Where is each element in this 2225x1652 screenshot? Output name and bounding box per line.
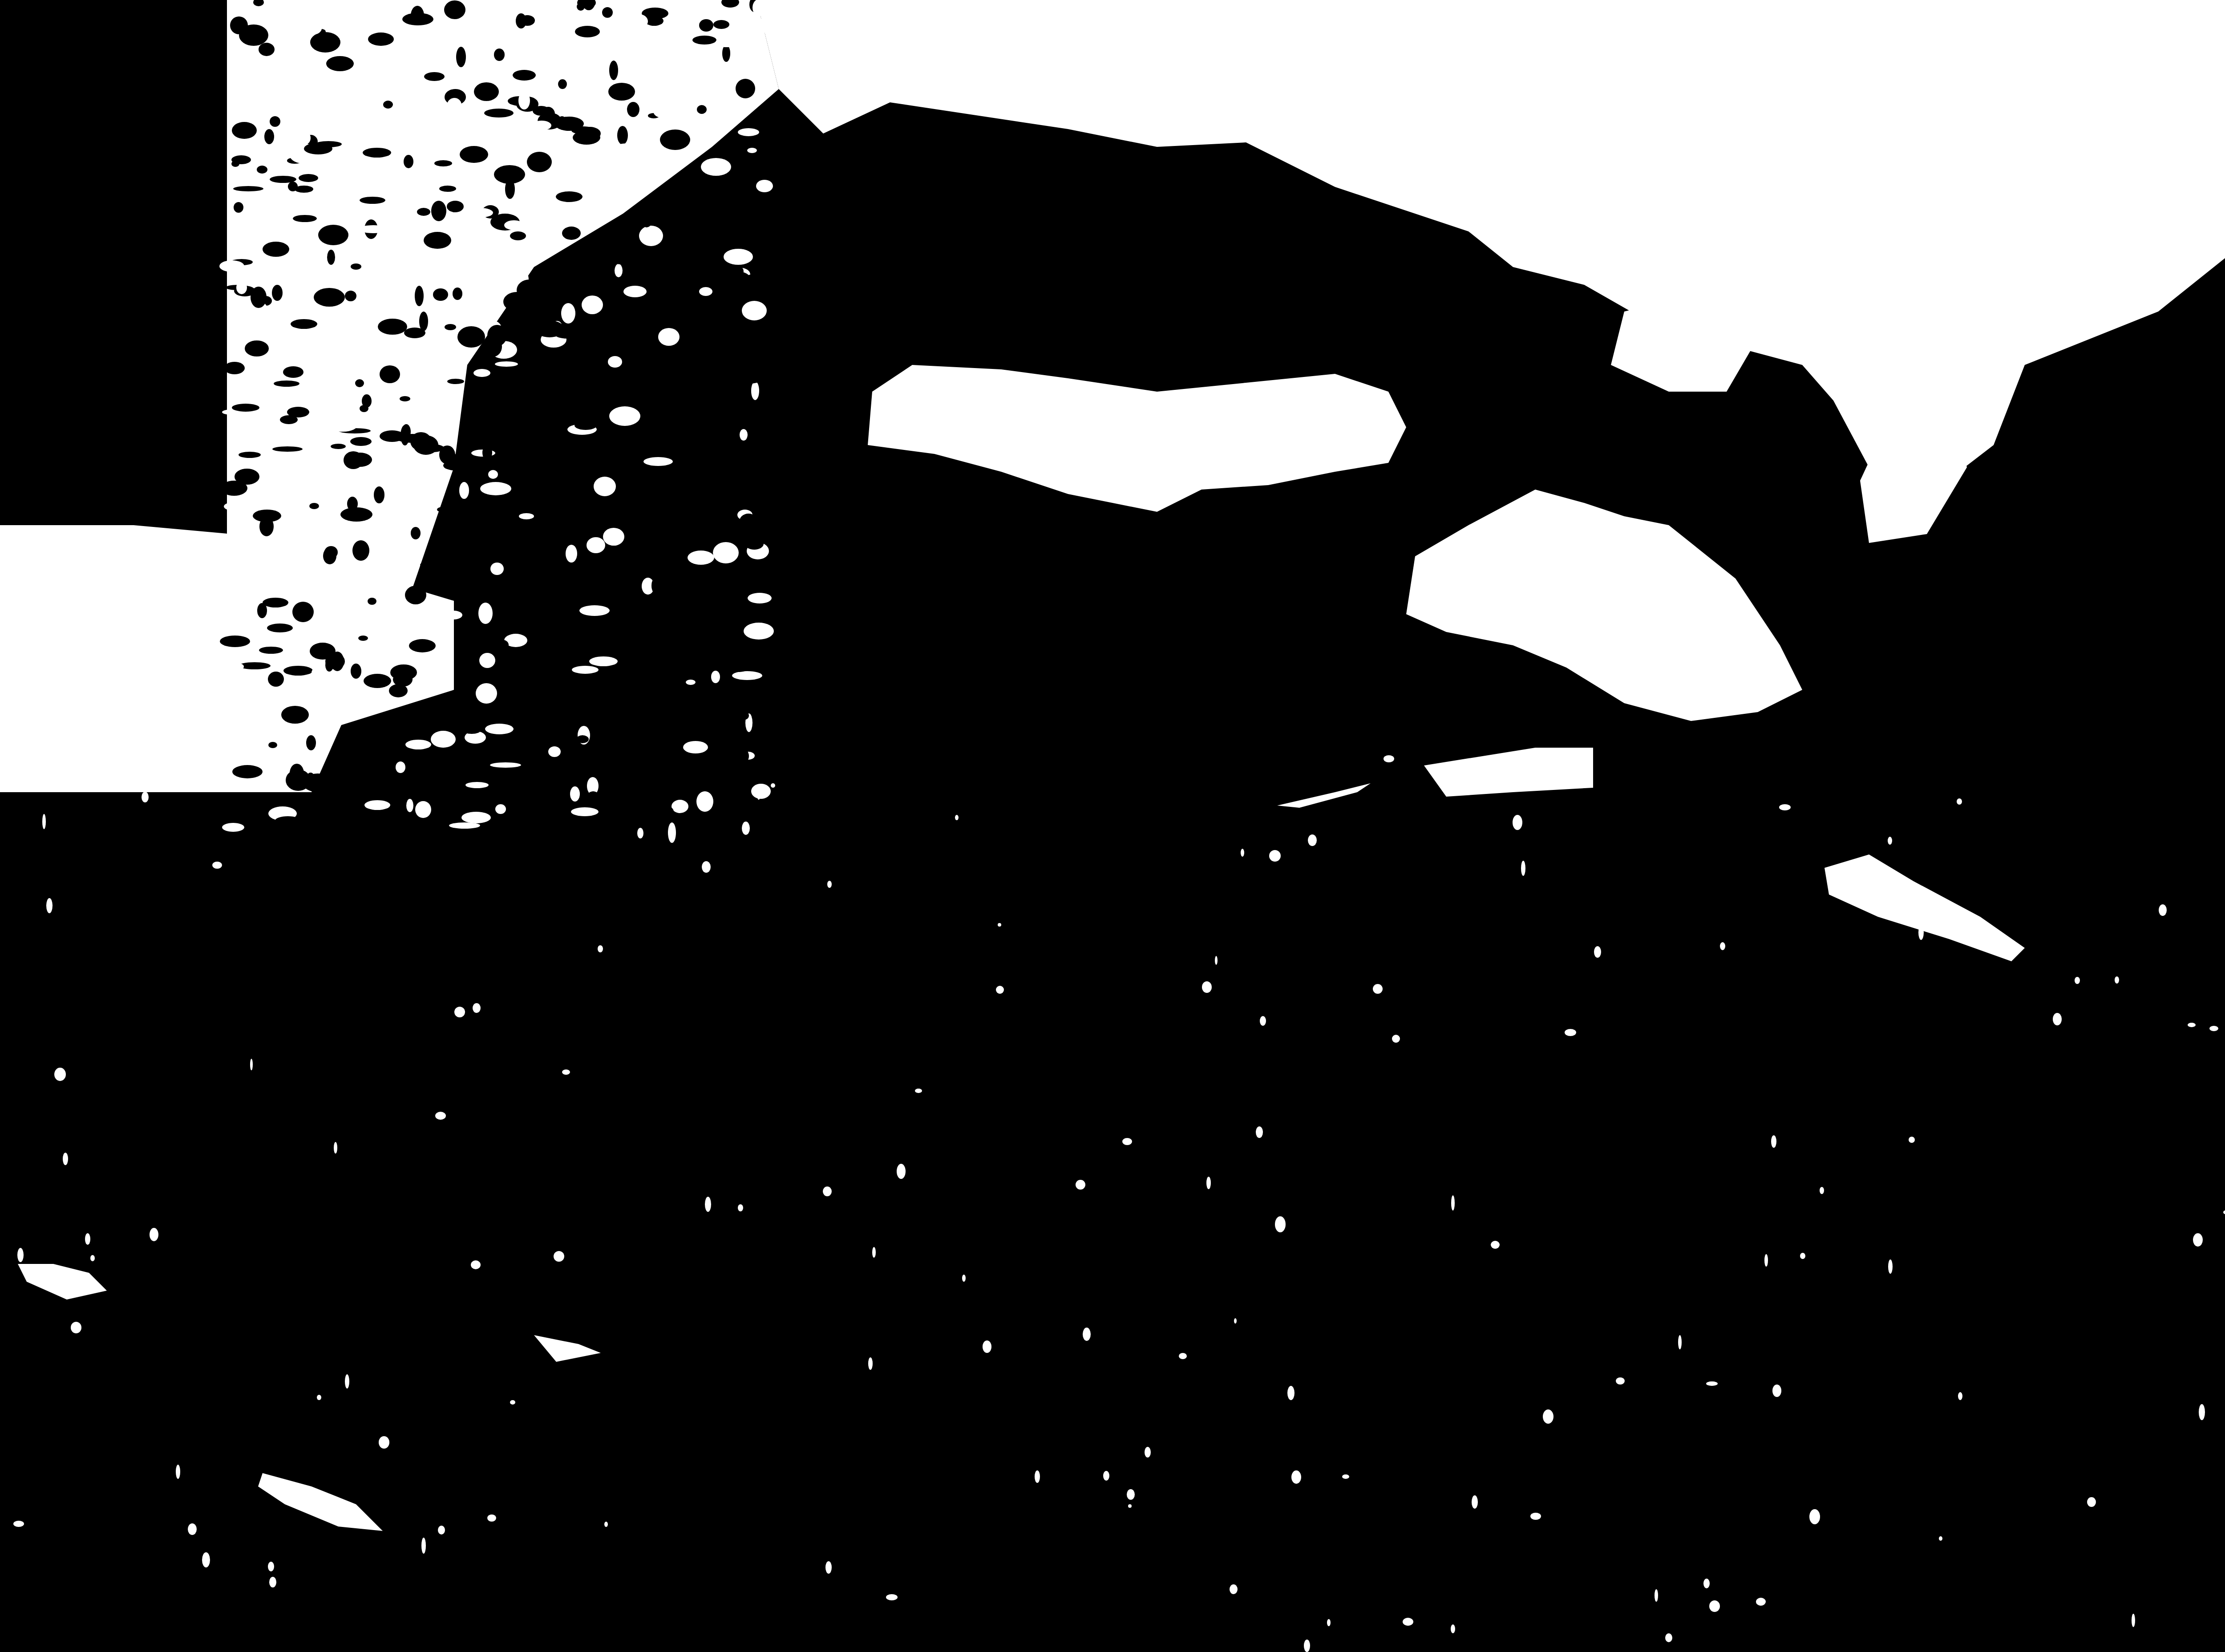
speckle — [465, 615, 480, 635]
speckle — [447, 557, 478, 577]
speckle — [653, 105, 669, 117]
speckle — [232, 765, 263, 778]
speckle — [2053, 1013, 2062, 1025]
speckle — [1269, 850, 1281, 862]
speckle — [325, 805, 339, 825]
speckle — [561, 303, 575, 324]
speckle — [335, 596, 348, 602]
speckle — [473, 369, 490, 377]
speckle — [345, 1374, 349, 1389]
speckle — [872, 1247, 876, 1258]
speckle — [705, 1197, 711, 1212]
speckle — [368, 598, 376, 605]
speckle — [1275, 1216, 1286, 1232]
speckle — [306, 773, 315, 786]
speckle — [447, 379, 464, 384]
speckle — [326, 56, 354, 71]
speckle — [411, 527, 421, 539]
speckle — [1451, 1624, 1455, 1633]
speckle — [514, 430, 540, 441]
speckle — [737, 586, 749, 598]
speckle — [608, 83, 635, 101]
speckle — [713, 20, 729, 29]
speckle — [85, 1233, 90, 1245]
speckle — [363, 148, 391, 158]
speckle — [738, 1204, 743, 1211]
speckle — [405, 740, 431, 749]
speckle — [607, 560, 615, 579]
speckle — [424, 232, 451, 249]
speckle — [1291, 1470, 1301, 1484]
speckle — [1128, 1504, 1132, 1508]
speckle — [488, 240, 497, 256]
speckle — [660, 130, 690, 150]
speckle — [327, 250, 335, 265]
speckle — [250, 1059, 253, 1070]
speckle — [306, 735, 316, 750]
speckle — [274, 381, 299, 387]
speckle — [487, 1514, 496, 1522]
speckle — [610, 603, 632, 609]
speckle — [283, 366, 303, 378]
speckle — [431, 731, 456, 748]
speckle — [1809, 1509, 1820, 1524]
speckle — [1145, 1447, 1151, 1458]
speckle — [350, 437, 372, 446]
speckle — [374, 486, 384, 503]
speckle — [713, 542, 739, 563]
speckle — [341, 475, 364, 482]
speckle — [649, 595, 673, 604]
speckle — [746, 238, 756, 246]
speckle — [420, 770, 446, 790]
speckle — [383, 101, 393, 109]
speckle — [220, 636, 250, 647]
speckle — [448, 589, 473, 596]
speckle — [299, 174, 318, 182]
speckle — [592, 454, 619, 475]
speckle — [238, 574, 270, 583]
speckle — [494, 49, 505, 61]
speckle — [281, 706, 309, 724]
speckle — [1957, 798, 1962, 805]
speckle — [390, 664, 417, 680]
speckle — [606, 367, 619, 372]
speckle — [231, 663, 244, 670]
speckle — [676, 421, 702, 433]
speckle — [488, 470, 498, 479]
speckle — [591, 314, 602, 324]
speckle — [469, 127, 488, 138]
speckle — [245, 340, 269, 356]
speckle — [376, 517, 396, 530]
speckle — [609, 406, 640, 426]
speckle — [1521, 861, 1525, 876]
speckle — [438, 1526, 445, 1535]
speckle — [1122, 1138, 1132, 1145]
speckle — [232, 122, 257, 139]
speckle — [1678, 1335, 1682, 1349]
speckle — [456, 309, 476, 329]
speckle — [693, 670, 707, 678]
speckle — [547, 786, 557, 805]
speckle — [445, 761, 456, 775]
speckle — [264, 129, 274, 144]
speckle — [415, 801, 431, 818]
speckle — [539, 362, 549, 384]
speckle — [1513, 815, 1522, 830]
speckle — [656, 516, 676, 522]
speckle — [465, 456, 472, 474]
speckle — [1594, 946, 1601, 958]
speckle — [983, 1340, 991, 1353]
speckle — [564, 525, 591, 531]
speckle — [368, 32, 394, 46]
speckle — [490, 120, 516, 128]
speckle — [685, 478, 699, 486]
speckle — [263, 242, 289, 257]
speckle — [364, 800, 390, 810]
speckle — [252, 210, 271, 224]
speckle — [1530, 1513, 1541, 1520]
speckle — [681, 16, 689, 36]
speckle — [17, 1248, 24, 1262]
speckle — [259, 517, 274, 536]
speckle — [457, 703, 475, 715]
speckle — [355, 379, 364, 387]
speckle — [504, 220, 524, 230]
speckle — [227, 421, 241, 431]
speckle — [317, 1395, 321, 1400]
speckle — [360, 197, 385, 204]
speckle — [737, 67, 765, 73]
speckle — [46, 898, 53, 913]
speckle — [1035, 1470, 1040, 1483]
speckle — [651, 577, 661, 594]
speckle — [734, 634, 744, 645]
speckle — [962, 1275, 966, 1282]
speckle — [1308, 834, 1317, 846]
speckle — [334, 324, 358, 341]
speckle — [535, 320, 564, 337]
speckle — [550, 553, 560, 563]
speckle — [2132, 1614, 2135, 1627]
speckle — [511, 828, 534, 846]
speckle — [224, 362, 245, 374]
speckle — [319, 598, 328, 617]
speckle — [1179, 1353, 1187, 1359]
speckle — [404, 155, 413, 168]
speckle — [825, 1561, 832, 1574]
speckle — [1304, 1640, 1310, 1652]
speckle — [463, 727, 481, 734]
speckle — [518, 92, 530, 109]
speckle — [212, 862, 222, 869]
speckle — [259, 43, 275, 56]
speckle — [604, 1522, 608, 1527]
speckle — [566, 545, 577, 563]
speckle — [549, 434, 576, 448]
speckle — [269, 1577, 276, 1587]
speckle — [634, 239, 641, 249]
speckle — [679, 580, 691, 595]
speckle — [514, 779, 540, 800]
speckle — [552, 773, 563, 788]
speckle — [449, 822, 480, 829]
speckle — [461, 812, 491, 823]
speckle — [268, 1562, 274, 1571]
speckle — [745, 538, 764, 550]
speckle — [631, 554, 651, 567]
speckle — [645, 804, 674, 818]
speckle — [724, 249, 753, 265]
speckle — [257, 166, 267, 174]
speckle — [345, 291, 356, 301]
speckle — [471, 1260, 481, 1269]
speckle — [688, 405, 709, 412]
speckle — [224, 502, 246, 511]
speckle — [293, 215, 317, 222]
speckle — [1491, 1241, 1500, 1249]
speckle — [444, 0, 465, 19]
speckle — [1909, 1137, 1915, 1143]
speckle — [646, 485, 674, 504]
speckle — [751, 784, 771, 799]
speckle — [360, 405, 368, 412]
speckle — [998, 923, 1001, 927]
speckle — [325, 653, 345, 669]
speckle — [457, 326, 485, 348]
speckle — [379, 1436, 389, 1449]
speckle — [747, 148, 757, 153]
speckle — [378, 319, 407, 335]
speckle — [699, 19, 713, 32]
speckle — [609, 61, 618, 80]
speckle — [516, 13, 526, 28]
speckle — [447, 98, 461, 111]
speckle — [1403, 1618, 1413, 1626]
speckle — [310, 32, 340, 53]
speckle — [757, 787, 761, 800]
speckle — [295, 243, 318, 259]
speckle — [263, 598, 288, 607]
speckle — [672, 800, 688, 813]
speckle — [495, 804, 506, 814]
speckle — [1260, 1016, 1266, 1026]
speckle — [534, 21, 554, 40]
speckle — [739, 514, 758, 530]
speckle — [744, 350, 771, 359]
speckle — [352, 540, 369, 561]
speckle — [465, 782, 489, 788]
speckle — [385, 842, 392, 847]
speckle — [643, 457, 673, 466]
speckle — [487, 325, 507, 346]
speckle — [313, 829, 331, 838]
speckle — [1076, 1180, 1085, 1190]
speckle — [233, 186, 263, 191]
speckle — [478, 603, 493, 624]
speckle — [712, 335, 739, 348]
speckle — [13, 1521, 24, 1527]
speckle — [608, 356, 622, 368]
speckle — [578, 245, 605, 255]
speckle — [692, 36, 716, 45]
speckle — [518, 241, 545, 259]
speckle — [470, 188, 483, 201]
speckle — [747, 275, 755, 281]
speckle — [642, 216, 651, 227]
speckle — [650, 689, 677, 707]
speckle — [424, 72, 445, 81]
speckle — [392, 268, 422, 281]
speckle — [550, 355, 569, 375]
speckle — [709, 515, 736, 532]
speckle — [751, 381, 759, 400]
speckle — [421, 1538, 426, 1554]
speckle — [730, 400, 756, 412]
speckle — [886, 1594, 898, 1600]
speckle — [2199, 1404, 2205, 1420]
speckle — [650, 619, 668, 632]
speckle — [142, 792, 149, 802]
speckle — [495, 361, 518, 367]
speckle — [234, 202, 243, 213]
speckle — [299, 484, 320, 498]
speckle — [292, 602, 314, 622]
speckle — [996, 986, 1004, 994]
speckle — [347, 497, 358, 511]
speckle — [324, 546, 338, 559]
speckle — [409, 639, 436, 652]
speckle — [429, 681, 438, 690]
speckle — [630, 263, 655, 282]
thresholded-image — [0, 0, 2225, 1652]
speckle — [668, 822, 676, 843]
speckle — [524, 627, 554, 644]
speckle — [747, 433, 763, 442]
speckle — [1342, 1474, 1349, 1479]
speckle — [365, 791, 377, 798]
speckle — [472, 60, 502, 80]
speckle — [771, 783, 775, 788]
speckle — [570, 786, 580, 802]
speckle — [693, 338, 703, 355]
speckle — [1709, 1600, 1720, 1612]
speckle — [513, 70, 536, 81]
speckle — [1230, 1584, 1238, 1594]
speckle — [571, 807, 599, 816]
speckle — [473, 1003, 481, 1013]
speckle — [364, 674, 391, 688]
speckle — [484, 744, 504, 752]
speckle — [1206, 1177, 1211, 1189]
speckle — [334, 1142, 337, 1154]
speckle — [445, 611, 462, 619]
speckle — [176, 1465, 180, 1479]
speckle — [401, 85, 425, 93]
speckle — [417, 208, 430, 216]
speckle — [283, 666, 313, 676]
speckle — [592, 697, 623, 706]
speckle — [441, 692, 465, 705]
speckle — [665, 757, 676, 769]
speckle — [433, 227, 455, 232]
speckle — [684, 235, 694, 255]
speckle — [344, 451, 363, 469]
speckle — [270, 116, 280, 127]
speckle — [266, 60, 294, 66]
speckle — [631, 14, 648, 28]
speckle — [2209, 1026, 2218, 1031]
speckle — [466, 208, 493, 218]
speckle — [288, 182, 298, 191]
speckle — [90, 1255, 95, 1261]
speckle — [697, 105, 707, 114]
speckle — [268, 742, 277, 748]
speckle — [485, 367, 514, 384]
speckle — [406, 799, 413, 812]
speckle — [490, 563, 504, 575]
speckle — [1706, 1381, 1718, 1386]
speckle — [1202, 981, 1212, 993]
speckle — [572, 666, 599, 674]
speckle — [667, 653, 675, 663]
speckle — [464, 418, 473, 438]
speckle — [150, 1228, 158, 1241]
speckle — [1083, 1328, 1091, 1341]
speckle — [272, 446, 303, 452]
speckle — [729, 376, 761, 384]
speckle — [1241, 849, 1244, 857]
speckle — [2075, 977, 2080, 984]
speckle — [229, 744, 248, 750]
speckle — [688, 551, 714, 565]
speckle — [318, 225, 348, 245]
speckle — [613, 255, 629, 264]
speckle — [701, 158, 731, 176]
speckle — [602, 7, 613, 18]
speckle — [459, 482, 469, 499]
speckle — [188, 1523, 197, 1535]
speckle — [539, 595, 560, 602]
speckle — [823, 1186, 832, 1196]
speckle — [558, 116, 566, 125]
speckle — [259, 647, 283, 654]
speckle — [340, 507, 372, 522]
speckle — [510, 1400, 515, 1405]
speckle — [955, 815, 959, 820]
speckle — [236, 281, 247, 294]
speckle — [453, 287, 462, 300]
speckle — [1888, 1259, 1893, 1274]
speckle — [915, 1089, 922, 1093]
speckle — [726, 665, 748, 672]
speckle — [357, 748, 384, 754]
speckle — [1756, 1598, 1766, 1606]
speckle — [272, 285, 283, 301]
speckle — [550, 483, 567, 502]
speckle — [275, 816, 301, 825]
speckle — [574, 421, 597, 430]
speckle — [1665, 1633, 1672, 1642]
speckle — [356, 346, 370, 361]
speckle — [309, 503, 319, 509]
speckle — [291, 319, 317, 329]
speckle — [1565, 1029, 1576, 1036]
speckle — [264, 181, 275, 194]
speckle — [1939, 1536, 1942, 1541]
